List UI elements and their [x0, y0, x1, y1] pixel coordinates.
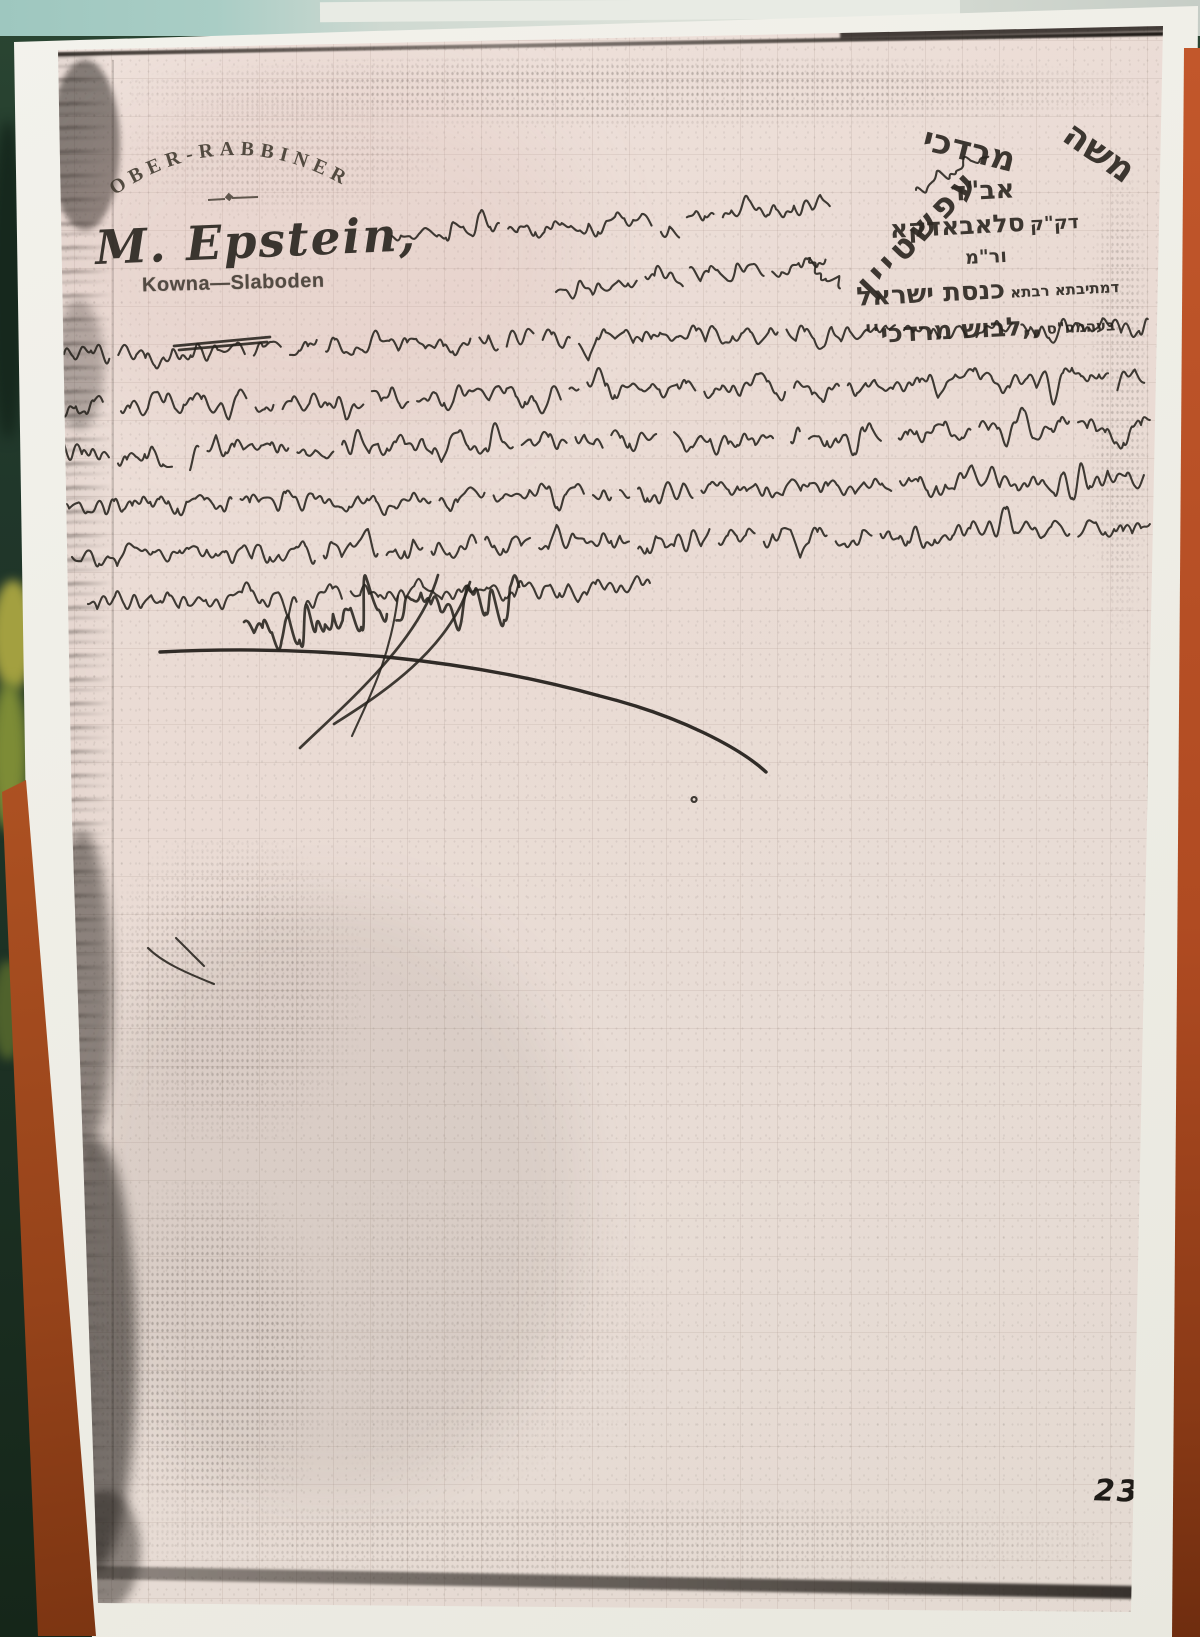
handwritten-line-5: [55, 408, 1150, 470]
strikethrough-word: [174, 337, 270, 350]
handwritten-line-1: [392, 195, 830, 241]
stray-ink-mark: [148, 938, 214, 984]
photo-of-scanned-letter: OBER-RABBINER M. Epstein, Kowna—Slaboden…: [0, 0, 1200, 1637]
handwritten-line-7: [72, 507, 1150, 567]
ink-dot: [692, 797, 697, 802]
photocopy-scan-area: OBER-RABBINER M. Epstein, Kowna—Slaboden…: [0, 0, 1200, 1637]
handwriting-layer: [0, 0, 1200, 1637]
handwritten-heading: [916, 157, 988, 193]
signature-descender: [352, 596, 398, 736]
handwritten-line-3: [64, 318, 1148, 368]
handwritten-line-6: [60, 463, 1144, 515]
signature-flourish-line: [160, 650, 766, 772]
handwritten-line-4: [58, 368, 1144, 420]
handwritten-line-2: [556, 258, 826, 298]
